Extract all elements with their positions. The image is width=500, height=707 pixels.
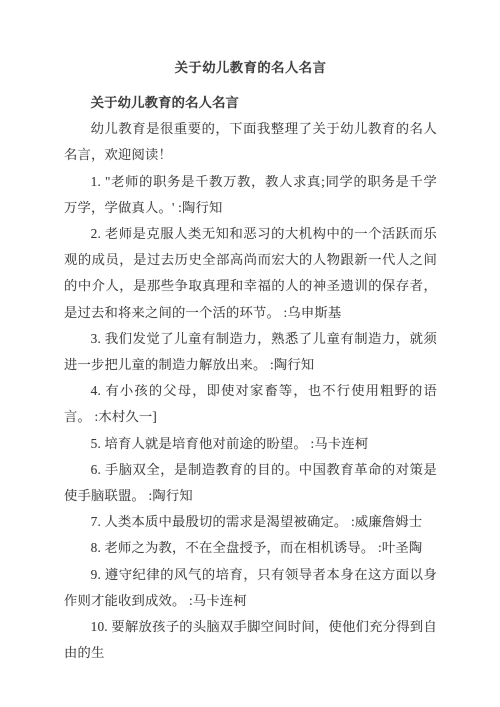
page-title: 关于幼儿教育的名人名言 [64,55,437,81]
paragraph: 7. 人类本质中最殷切的需求是渴望被确定。 :威廉詹姆士 [64,509,437,535]
paragraph: 9. 遵守纪律的风气的培育，只有领导者本身在这方面以身作则才能收到成效。 :马卡… [64,562,437,614]
paragraph-list: 关于幼儿教育的名人名言幼儿教育是很重要的，下面我整理了关于幼儿教育的名人名言，欢… [64,90,437,666]
paragraph: 5. 培育人就是培育他对前途的盼望。 :马卡连柯 [64,431,437,457]
paragraph: 2. 老师是克服人类无知和恶习的大机构中的一个活跃而乐观的成员，是过去历史全部高… [64,221,437,326]
paragraph: 1. "老师的职务是千教万教，教人求真;同学的职务是千学万学，学做真人。' :陶… [64,169,437,221]
paragraph: 4. 有小孩的父母，即使对家畜等，也不行使用粗野的语言。 :木村久一] [64,378,437,430]
paragraph: 幼儿教育是很重要的，下面我整理了关于幼儿教育的名人名言，欢迎阅读！ [64,116,437,168]
paragraph: 8. 老师之为教，不在全盘授予，而在相机诱导。 :叶圣陶 [64,535,437,561]
paragraph: 6. 手脑双全，是制造教育的目的。中国教育革命的对策是使手脑联盟。 :陶行知 [64,457,437,509]
paragraph: 10. 要解放孩子的头脑双手脚空间时间，使他们充分得到自由的生 [64,614,437,666]
document-page: 关于幼儿教育的名人名言 关于幼儿教育的名人名言幼儿教育是很重要的，下面我整理了关… [0,0,500,707]
paragraph: 3. 我们发觉了儿童有制造力，熟悉了儿童有制造力，就须进一步把儿童的制造力解放出… [64,326,437,378]
doc-subtitle: 关于幼儿教育的名人名言 [64,90,437,116]
